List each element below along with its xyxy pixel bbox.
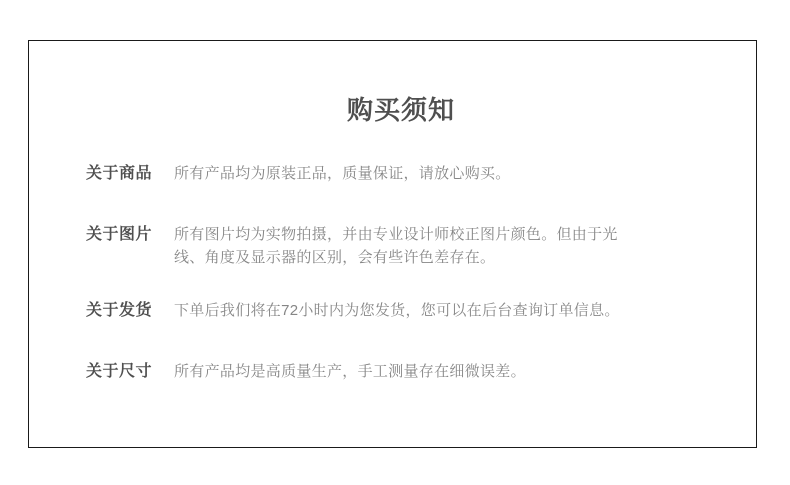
notice-item-text: 所有图片均为实物拍摄，并由专业设计师校正图片颜色。但由于光线、角度及显示器的区别… — [174, 223, 642, 269]
notice-item-shipping: 关于发货 下单后我们将在72小时内为您发货，您可以在后台查询订单信息。 — [86, 299, 716, 322]
notice-item-text: 所有产品均是高质量生产，手工测量存在细微误差。 — [174, 360, 526, 383]
notice-item-label: 关于图片 — [86, 223, 174, 246]
notice-item-text: 所有产品均为原装正品，质量保证，请放心购买。 — [174, 162, 511, 185]
notice-item-label: 关于尺寸 — [86, 360, 174, 383]
notice-item-label: 关于发货 — [86, 299, 174, 322]
page-title: 购买须知 — [86, 94, 716, 126]
notice-item-size: 关于尺寸 所有产品均是高质量生产，手工测量存在细微误差。 — [86, 360, 716, 383]
notice-item-product: 关于商品 所有产品均为原装正品，质量保证，请放心购买。 — [86, 162, 716, 185]
notice-item-images: 关于图片 所有图片均为实物拍摄，并由专业设计师校正图片颜色。但由于光线、角度及显… — [86, 223, 716, 269]
purchase-notice-card: 购买须知 关于商品 所有产品均为原装正品，质量保证，请放心购买。 关于图片 所有… — [28, 40, 757, 448]
notice-item-label: 关于商品 — [86, 162, 174, 185]
notice-list: 关于商品 所有产品均为原装正品，质量保证，请放心购买。 关于图片 所有图片均为实… — [86, 162, 716, 383]
notice-item-text: 下单后我们将在72小时内为您发货，您可以在后台查询订单信息。 — [174, 299, 620, 322]
